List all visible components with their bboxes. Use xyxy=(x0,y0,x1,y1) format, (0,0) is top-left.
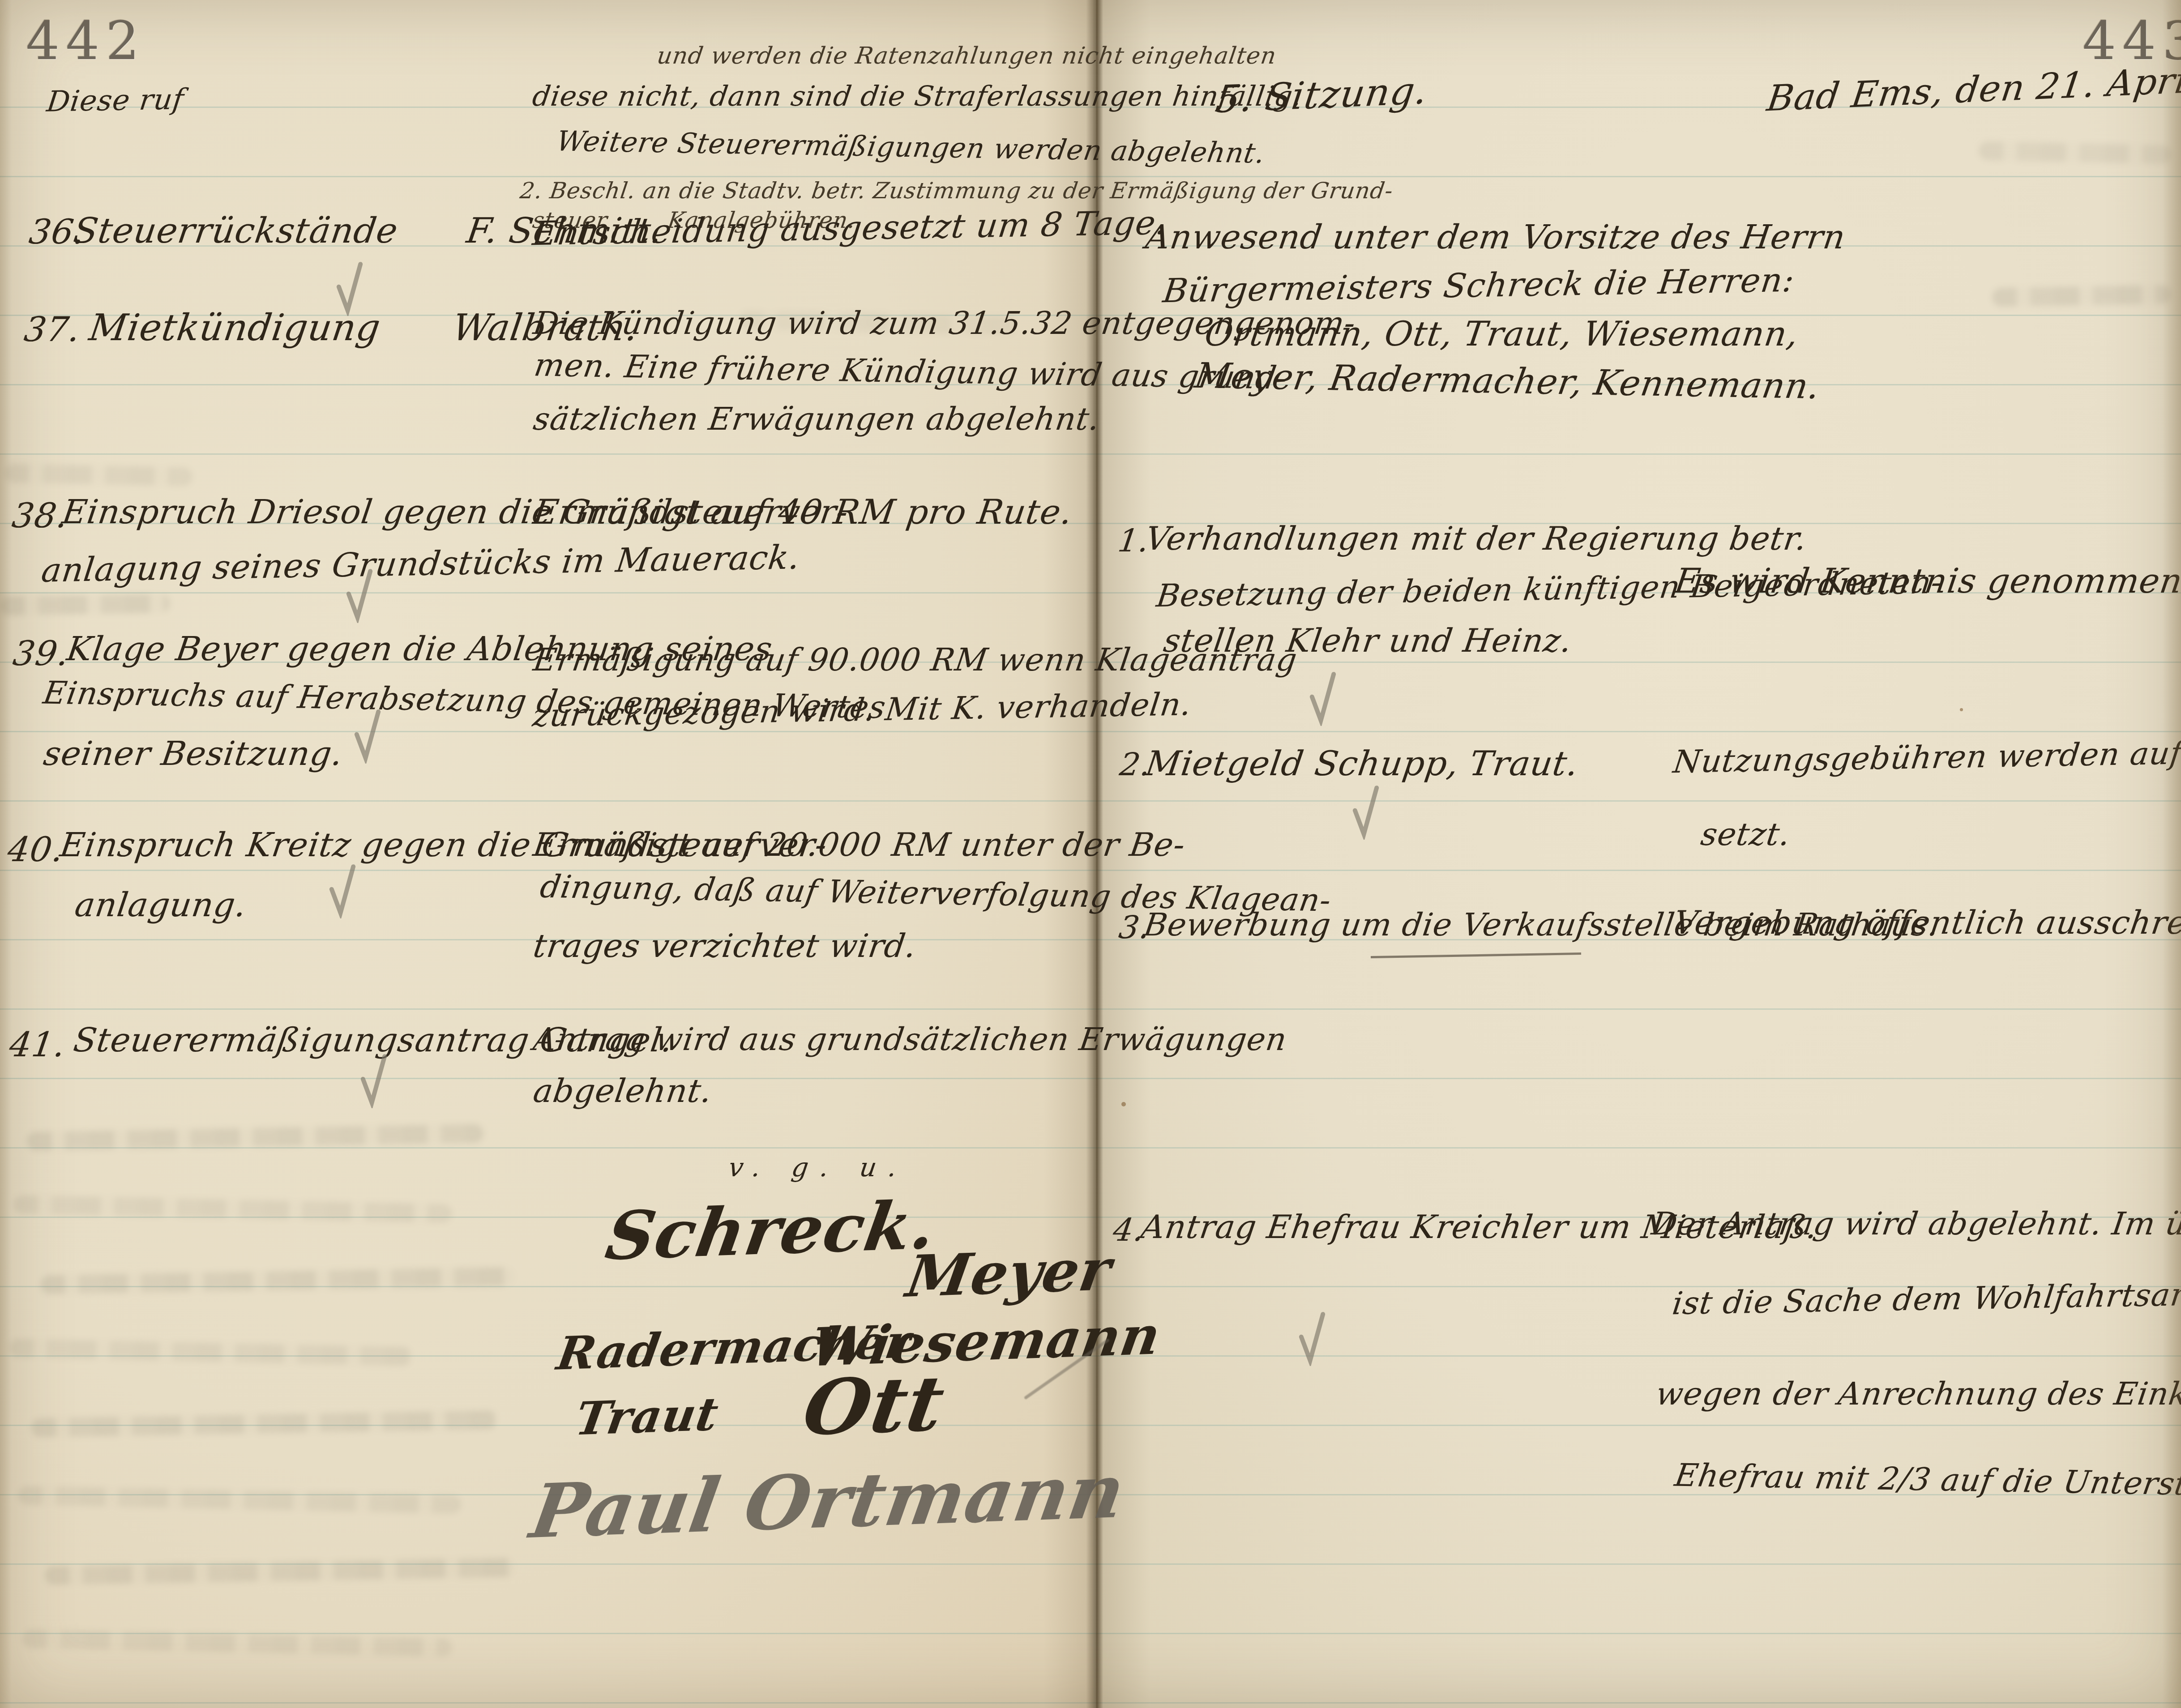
photo-vignette xyxy=(0,0,2181,1708)
ledger-spread: 442 Diese ruf und werden die Ratenzahlun… xyxy=(0,0,2181,1708)
